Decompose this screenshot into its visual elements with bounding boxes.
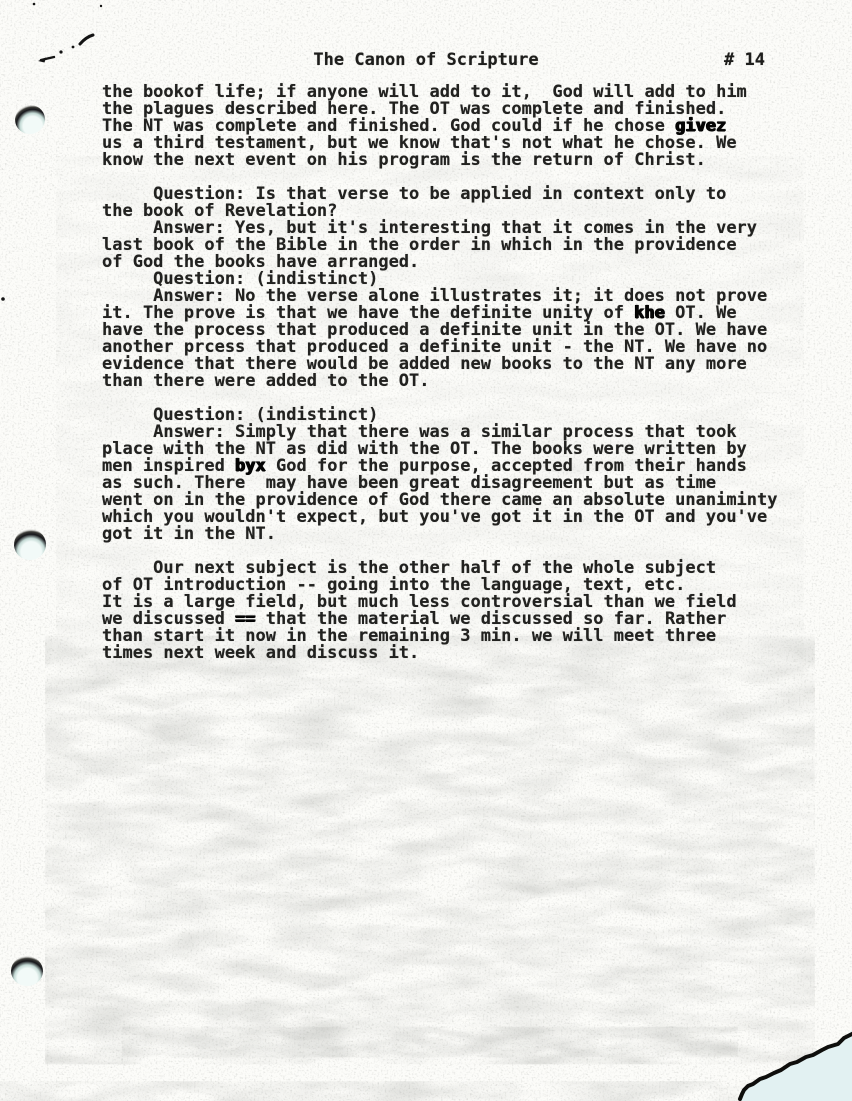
scanned-document-page: The Canon of Scripture # 14 the bookof l… xyxy=(0,0,852,1101)
lower-bleed-through-smudge xyxy=(80,655,780,1045)
pen-marks xyxy=(1,3,102,301)
punch-hole-middle xyxy=(13,528,47,561)
bottom-edge-speckle-band xyxy=(0,1082,720,1101)
edge-speck xyxy=(1,297,5,301)
body-text: the bookof life; if anyone will add to i… xyxy=(102,84,778,662)
pen-stroke-comma xyxy=(80,35,93,44)
pen-dot-4 xyxy=(100,5,102,7)
torn-corner xyxy=(700,1010,852,1101)
pen-dot-3 xyxy=(33,3,36,6)
bottom-smudge-row xyxy=(150,1028,710,1056)
pen-dot-2 xyxy=(72,46,75,49)
tear-edge xyxy=(740,1034,852,1099)
punch-hole-top xyxy=(11,101,48,138)
page-number: # 14 xyxy=(724,51,765,69)
punch-hole-bottom xyxy=(10,955,43,986)
torn-corner-background xyxy=(740,1030,852,1101)
